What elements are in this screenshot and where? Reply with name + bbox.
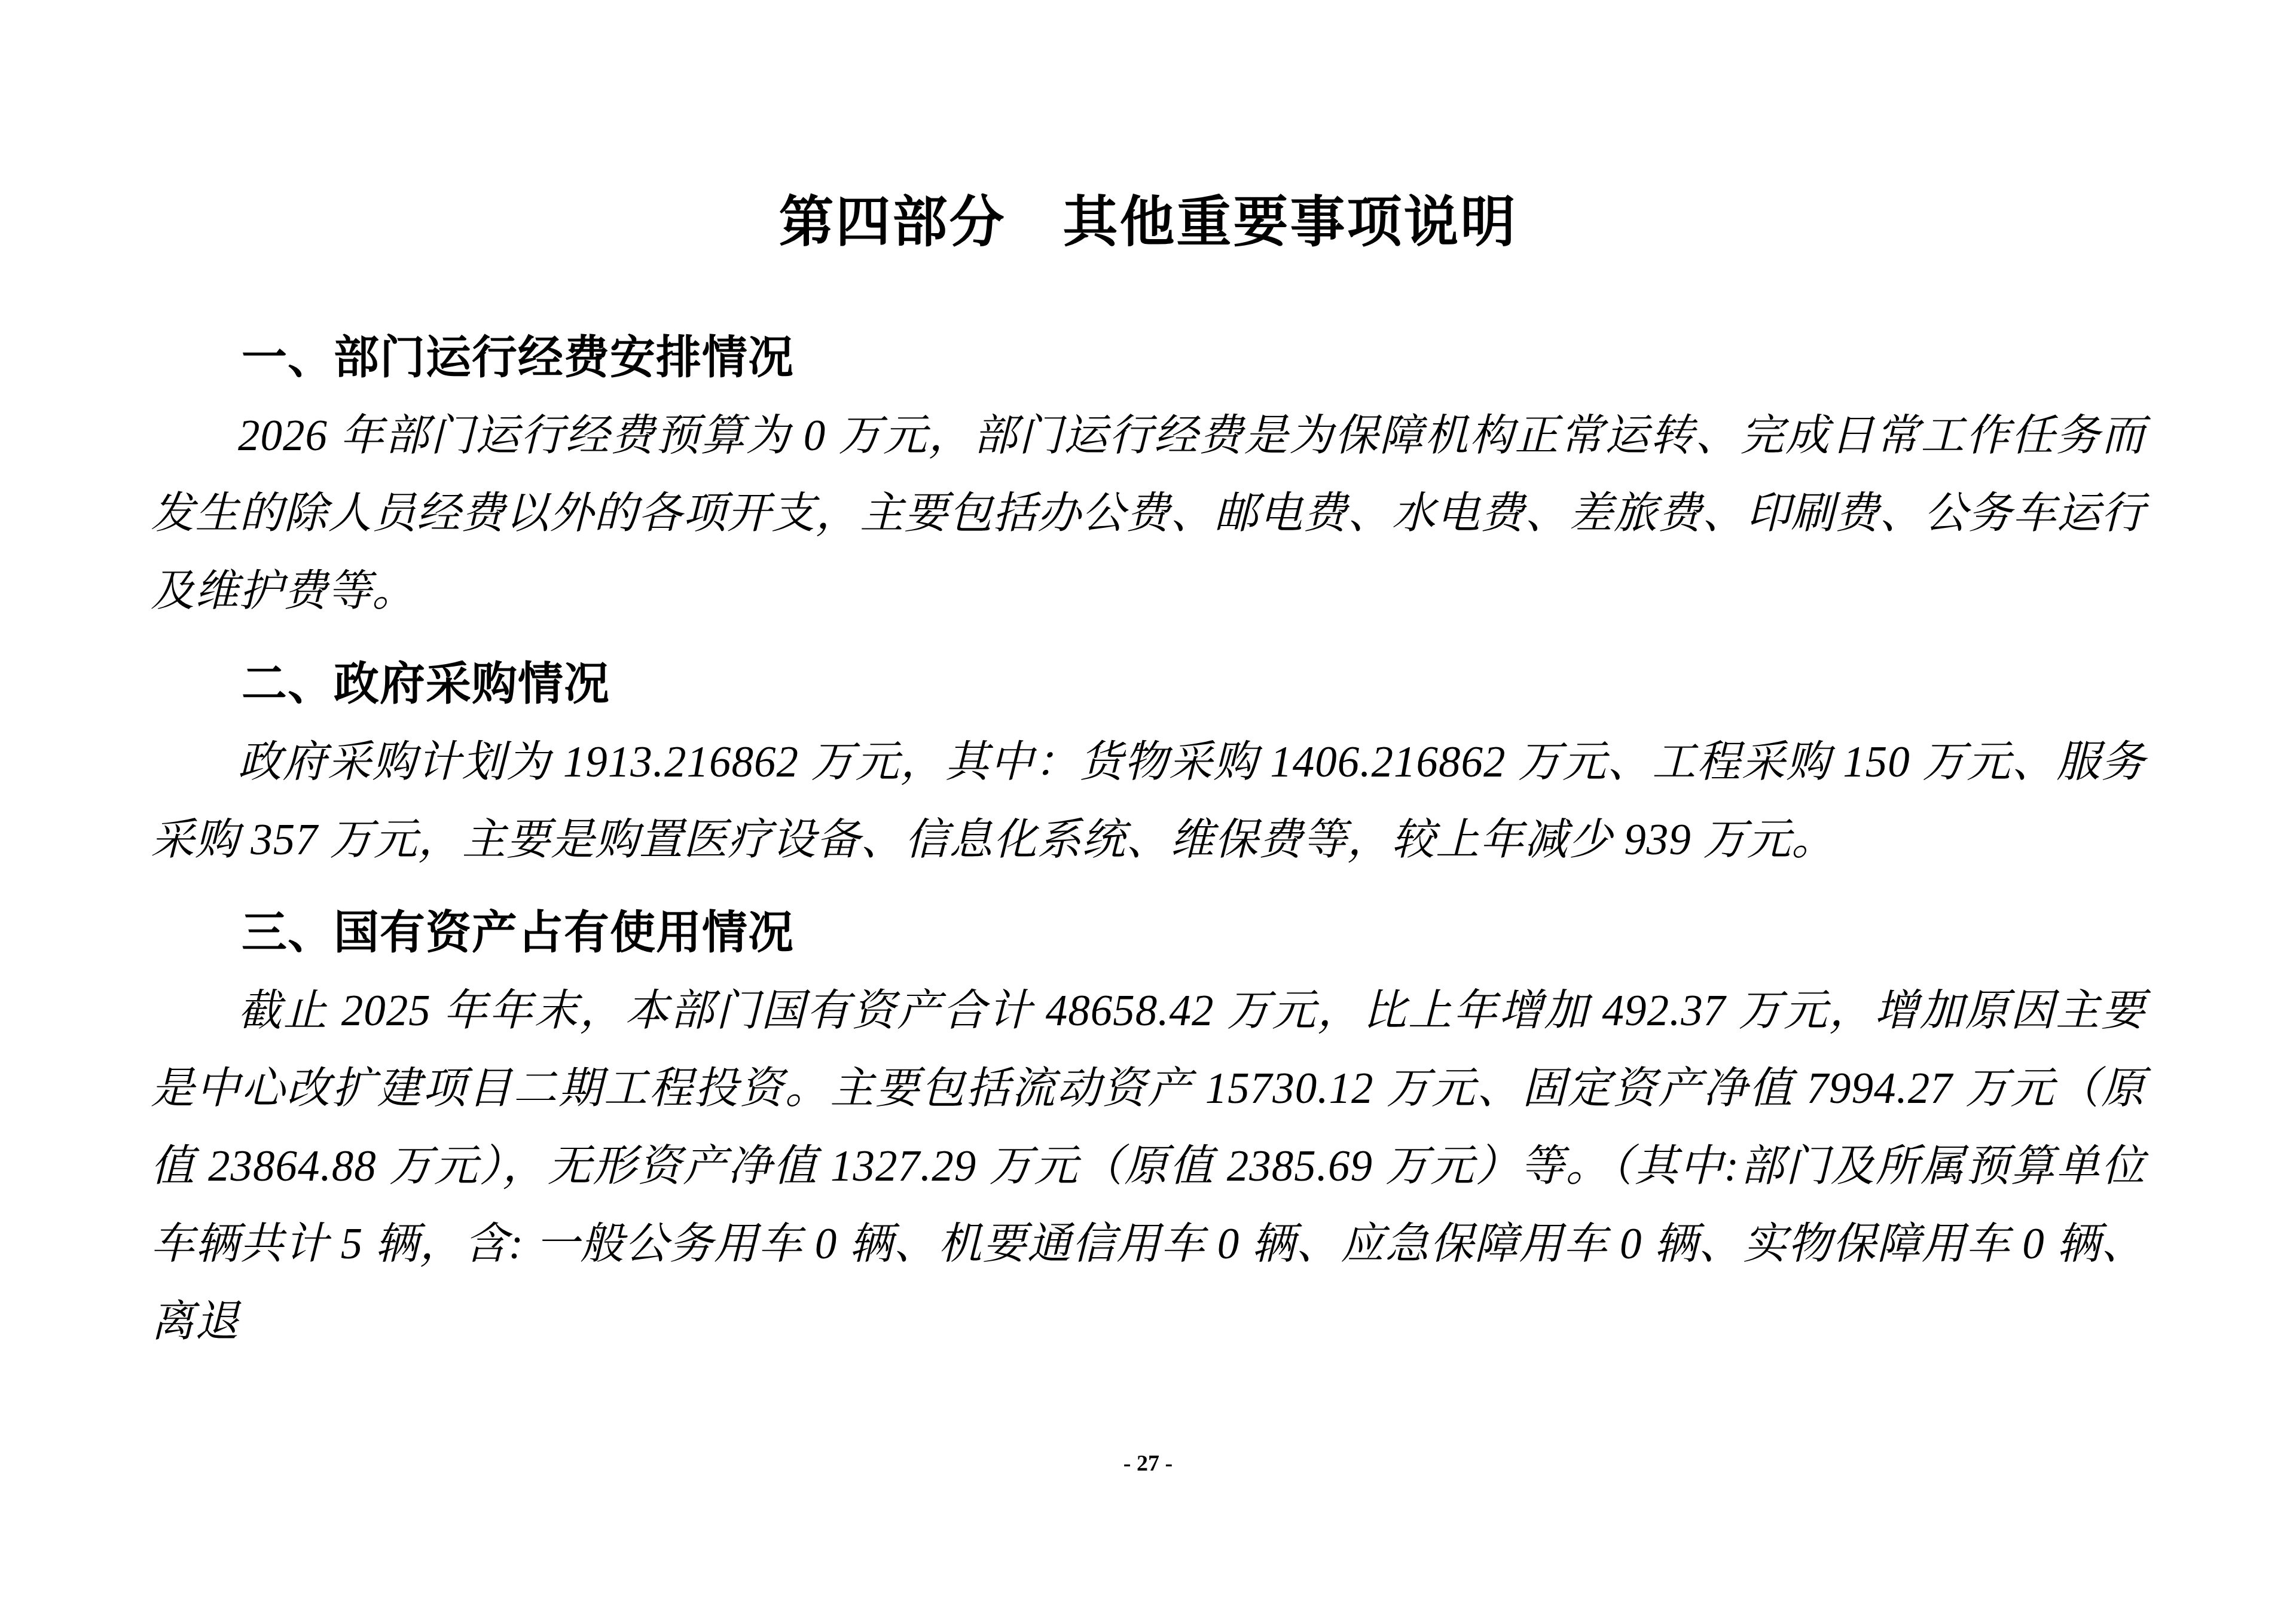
paragraph-operating-expenses: 2026 年部门运行经费预算为 0 万元，部门运行经费是为保障机构正常运转、完成… <box>151 397 2145 630</box>
document-title: 第四部分 其他重要事项说明 <box>151 188 2145 257</box>
paragraph-government-procurement: 政府采购计划为 1913.216862 万元，其中：货物采购 1406.2168… <box>151 723 2145 879</box>
section-heading-operating-expenses: 一、部门运行经费安排情况 <box>151 319 2145 397</box>
document-page: 第四部分 其他重要事项说明 一、部门运行经费安排情况 2026 年部门运行经费预… <box>0 0 2296 1623</box>
section-government-procurement: 二、政府采购情况 政府采购计划为 1913.216862 万元，其中：货物采购 … <box>151 646 2145 879</box>
section-operating-expenses: 一、部门运行经费安排情况 2026 年部门运行经费预算为 0 万元，部门运行经费… <box>151 319 2145 630</box>
section-state-owned-assets: 三、国有资产占有使用情况 截止 2025 年年末，本部门国有资产合计 48658… <box>151 894 2145 1361</box>
section-heading-state-owned-assets: 三、国有资产占有使用情况 <box>151 894 2145 972</box>
page-number: - 27 - <box>0 1452 2296 1475</box>
section-heading-government-procurement: 二、政府采购情况 <box>151 646 2145 723</box>
paragraph-state-owned-assets: 截止 2025 年年末，本部门国有资产合计 48658.42 万元，比上年增加 … <box>151 972 2145 1361</box>
